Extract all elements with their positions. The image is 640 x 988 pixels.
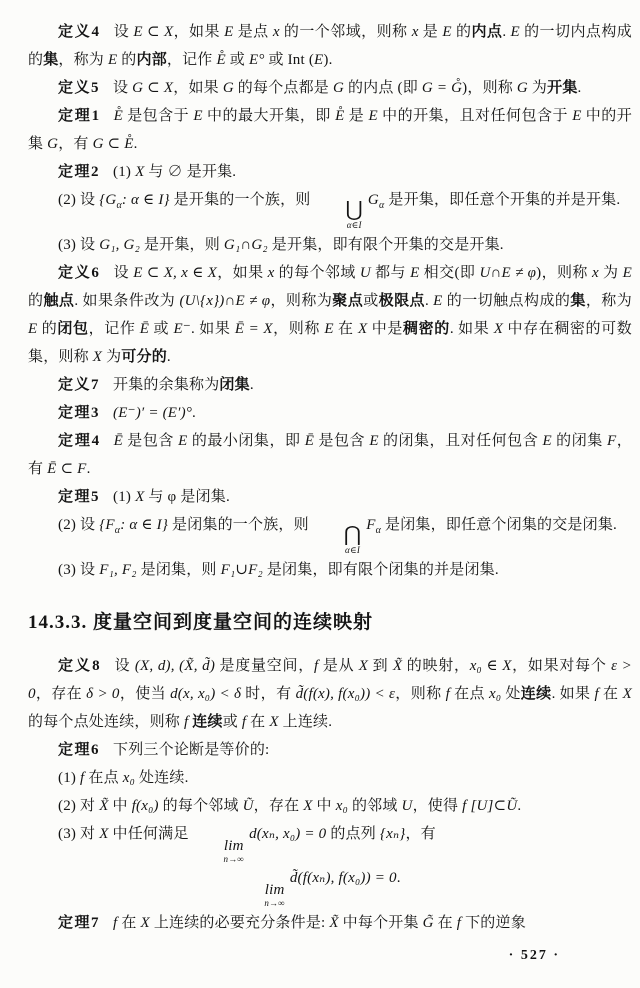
text-run: 设 — [113, 265, 133, 281]
math-run: G = G̊ — [422, 80, 462, 96]
text-run: 时，有 — [241, 686, 295, 702]
math-run: G — [223, 80, 234, 96]
text-run: (2) 设 — [58, 517, 99, 533]
math-run: X — [269, 714, 278, 730]
big-operator: limn→∞ — [194, 839, 245, 865]
text-run: . — [134, 136, 138, 152]
math-run: X — [358, 321, 367, 337]
text-run: 是开集，即任意个开集的并是开集. — [384, 192, 620, 208]
definition-8: 定义8设 (X, d), (X̃, d̃) 是度量空间，f 是从 X 到 X̃ … — [28, 652, 632, 736]
text-run: (3) 设 — [58, 237, 99, 253]
bold-term: 定理2 — [58, 164, 100, 180]
math-run: G — [368, 192, 379, 208]
text-run: ，称为 — [58, 52, 108, 68]
bold-term: 定义5 — [58, 80, 100, 96]
text-run: . — [425, 293, 433, 309]
text-run: ，存在 — [254, 798, 304, 814]
math-run: X̃ — [99, 798, 108, 814]
text-run: (3) 设 — [58, 562, 99, 578]
text-run: 中的开集，且对任何包含于 — [378, 108, 572, 124]
operator-subscript: α∈I — [317, 220, 362, 231]
math-run: E — [543, 433, 552, 449]
bold-term: 定理5 — [58, 489, 100, 505]
math-run: X — [494, 321, 503, 337]
math-run: G ⊂ E̊ — [93, 136, 134, 152]
text-run: 为 — [102, 349, 121, 365]
text-run: 相交(即 — [420, 265, 480, 281]
math-run: (E⁻)′ = (E′)° — [113, 405, 192, 421]
bold-term: 集 — [43, 52, 58, 68]
bold-term: 开集 — [547, 80, 577, 96]
bold-term: 连续 — [192, 714, 222, 730]
bold-term: 闭集 — [219, 377, 249, 393]
math-run: E ⊂ X, x ∈ X — [133, 265, 217, 281]
text-run: (3) 对 — [58, 826, 99, 842]
math-run: E — [442, 24, 451, 40]
text-run: 是闭集，即有限个闭集的并是闭集. — [263, 562, 499, 578]
math-run: d̃(f(x), f(x₀)) < ε — [296, 686, 396, 702]
text-run: 的 — [37, 321, 57, 337]
operator-symbol: lim — [265, 883, 285, 898]
math-run: {xₙ} — [380, 826, 406, 842]
theorem-1: 定理1E̊ 是包含于 E 中的最大开集，即 E̊ 是 E 中的开集，且对任何包含… — [28, 102, 632, 158]
text-run: 中任何满足 — [109, 826, 189, 842]
math-run: E — [224, 24, 233, 40]
math-run: x₀ — [336, 798, 348, 814]
text-run: 的每个点都是 — [234, 80, 333, 96]
text-run: ，如果 — [217, 265, 268, 281]
text-run: 的 — [28, 293, 43, 309]
theorem-5-item-3: (3) 设 F₁, F₂ 是闭集，则 F₁∪F₂ 是闭集，即有限个闭集的并是闭集… — [28, 556, 632, 584]
math-run: X — [141, 915, 150, 931]
text-run: ，记作 — [89, 321, 140, 337]
text-run: 的内点 (即 — [344, 80, 422, 96]
math-run: E — [314, 52, 323, 68]
math-run: Ē — [305, 433, 314, 449]
text-run: 在 — [434, 915, 457, 931]
math-run: Ē — [140, 321, 149, 337]
text-run: 的每个邻域 — [275, 265, 360, 281]
text-run: 是包含 — [314, 433, 369, 449]
operator-symbol: ⋃ — [315, 199, 362, 220]
theorem-7: 定理7f 在 X 上连续的必要充分条件是: X̃ 中每个开集 G̃ 在 f 下的… — [28, 909, 632, 937]
bold-term: 定义7 — [58, 377, 100, 393]
math-run: E — [368, 108, 377, 124]
math-run: Ē ⊂ F — [47, 461, 86, 477]
text-run: 是闭集，即任意个闭集的交是闭集. — [381, 517, 617, 533]
text-run: 或 — [149, 321, 173, 337]
definition-7: 定义7开集的余集称为闭集. — [28, 371, 632, 399]
math-run: x — [592, 265, 599, 281]
text-run: 或 — [363, 293, 378, 309]
text-run: 在 — [117, 915, 140, 931]
math-run: X — [303, 798, 312, 814]
text-run: 是闭集，则 — [137, 562, 221, 578]
math-run: E — [324, 321, 333, 337]
text-run: . — [397, 870, 401, 886]
math-run: E̊ — [114, 108, 123, 124]
math-run: E⁻ — [174, 321, 191, 337]
math-run: (X, d), (X̃, d̃) — [135, 658, 215, 674]
text-run: (1) — [113, 489, 135, 505]
text-run: 到 — [368, 658, 393, 674]
text-run: ，如果 — [173, 24, 224, 40]
big-operator: limn→∞ — [264, 883, 285, 909]
text-run: 下列三个论断是等价的: — [113, 742, 269, 758]
text-run: 中 — [313, 798, 336, 814]
math-run: E — [572, 108, 581, 124]
text-run: . 如果 — [552, 686, 595, 702]
math-run: x₀ ∈ X — [470, 658, 512, 674]
math-run: d(x, x₀) < δ — [170, 686, 241, 702]
text-run: 的 — [117, 52, 136, 68]
bold-term: 定义6 — [58, 265, 100, 281]
bold-term: 定理3 — [58, 405, 100, 421]
formula-limit: limn→∞d̃(f(xₙ), f(x₀)) = 0. — [28, 864, 632, 909]
text-run: 是 — [419, 24, 443, 40]
math-run: X̃ — [393, 658, 402, 674]
text-run: ，记作 — [167, 52, 217, 68]
math-run: E — [28, 321, 37, 337]
text-run: 的邻域 — [348, 798, 402, 814]
operator-symbol: ⋂ — [314, 524, 361, 545]
math-run: X — [623, 686, 632, 702]
theorem-2-item-2: (2) 设 {Gα: α ∈ I} 是开集的一个族，则⋃α∈IGα 是开集，即任… — [28, 186, 632, 231]
text-run: 在 — [599, 686, 623, 702]
bold-term: 闭包 — [57, 321, 88, 337]
theorem-5-item-2: (2) 设 {Fα: α ∈ I} 是闭集的一个族，则⋂α∈IFα 是闭集，即任… — [28, 511, 632, 556]
text-run: 在点 — [84, 770, 122, 786]
text-run: 与 ∅ 是开集. — [144, 164, 236, 180]
text-run: 在 — [334, 321, 358, 337]
math-run: δ > 0 — [86, 686, 119, 702]
text-run: 是从 — [318, 658, 358, 674]
theorem-5-item-1: 定理5(1) X 与 φ 是闭集. — [28, 483, 632, 511]
text-run: 或 — [223, 714, 242, 730]
math-run: x₀ — [123, 770, 135, 786]
text-run: ，称为 — [586, 293, 632, 309]
text-run: 中的最大开集，即 — [203, 108, 335, 124]
bold-term: 可分的 — [121, 349, 167, 365]
operator-subscript: α∈I — [315, 545, 360, 556]
math-run: E — [511, 24, 520, 40]
text-run: )，则称 — [536, 265, 592, 281]
text-run: ，使当 — [120, 686, 170, 702]
math-run: E — [369, 433, 378, 449]
text-run: 是包含于 — [123, 108, 193, 124]
bold-term: 连续 — [521, 686, 552, 702]
text-run: 中每个开集 — [339, 915, 423, 931]
math-run: X — [99, 826, 108, 842]
operator-subscript: n→∞ — [264, 898, 285, 909]
text-run: 开集的余集称为 — [113, 377, 219, 393]
text-run: . — [192, 405, 196, 421]
math-run: G ⊂ X — [132, 80, 173, 96]
math-run: F₁∪F₂ — [221, 562, 263, 578]
math-run: U∩E ≠ φ — [479, 265, 536, 281]
math-run: E — [410, 265, 419, 281]
bold-term: 内点 — [471, 24, 502, 40]
definition-5: 定义5设 G ⊂ X，如果 G 的每个点都是 G 的内点 (即 G = G̊)，… — [28, 74, 632, 102]
math-run: (U\{x})∩E ≠ φ — [179, 293, 270, 309]
math-run: f [U]⊂Ũ — [462, 798, 517, 814]
math-run: F₁, F₂ — [99, 562, 136, 578]
text-run: 处连续. — [135, 770, 189, 786]
text-run: (1) — [113, 164, 135, 180]
text-run: . — [167, 349, 171, 365]
text-run: ，则称 — [273, 321, 325, 337]
theorem-6-item-2: (2) 对 X̃ 中 f(x₀) 的每个邻域 Ũ，存在 X 中 x₀ 的邻域 U… — [28, 792, 632, 820]
text-run: 在 — [246, 714, 269, 730]
text-run: 的一个邻域，则称 — [280, 24, 412, 40]
math-run: E — [108, 52, 117, 68]
text-run: 是闭集的一个族，则 — [168, 517, 309, 533]
text-run: 的映射， — [402, 658, 469, 674]
math-run: U — [402, 798, 413, 814]
text-run: 与 φ 是闭集. — [144, 489, 229, 505]
scan-page: 定义4设 E ⊂ X，如果 E 是点 x 的一个邻域，则称 x 是 E 的内点.… — [0, 0, 640, 988]
text-run: 是点 — [234, 24, 273, 40]
text-run: 下的逆象 — [461, 915, 526, 931]
text-run: 是度量空间， — [215, 658, 314, 674]
text-run: 是 — [345, 108, 369, 124]
text-run: (2) 对 — [58, 798, 99, 814]
text-run: . — [517, 798, 521, 814]
text-run: 上连续的必要充分条件是: — [150, 915, 329, 931]
text-run: 设 — [114, 24, 134, 40]
text-run: 的最小闭集，即 — [188, 433, 305, 449]
theorem-3: 定理3(E⁻)′ = (E′)°. — [28, 399, 632, 427]
math-run: G̃ — [423, 915, 434, 931]
math-run: E — [193, 108, 202, 124]
math-run: d̃(f(xₙ), f(x₀)) = 0 — [290, 870, 397, 886]
math-run: Ũ — [243, 798, 254, 814]
bold-term: 定义8 — [58, 658, 101, 674]
math-run: E̊ — [335, 108, 344, 124]
text-run: ). — [323, 52, 332, 68]
theorem-6: 定理6下列三个论断是等价的: — [28, 736, 632, 764]
text-run: 设 — [113, 80, 132, 96]
text-run: 或 Int ( — [265, 52, 315, 68]
text-run: 是开集，则 — [140, 237, 224, 253]
text-run: (1) — [58, 770, 80, 786]
math-run: x — [412, 24, 419, 40]
math-run: X̃ — [329, 915, 338, 931]
math-run: Ē — [114, 433, 123, 449]
text-run: ，有 — [58, 136, 92, 152]
math-run: E — [433, 293, 442, 309]
text-run: 设 — [114, 658, 135, 674]
bold-term: 定理1 — [58, 108, 101, 124]
text-run: (2) 设 — [58, 192, 99, 208]
bold-term: 稠密的 — [403, 321, 450, 337]
bold-term: 极限点 — [379, 293, 425, 309]
text-run: ，则称为 — [270, 293, 332, 309]
text-run: 的闭集 — [552, 433, 607, 449]
page-number: · 527 · — [509, 948, 560, 964]
text-run: . 如果条件改为 — [74, 293, 179, 309]
math-run: X — [93, 349, 102, 365]
math-run: : α ∈ I} — [120, 517, 168, 533]
text-run: 为 — [528, 80, 547, 96]
bold-term: 聚点 — [332, 293, 363, 309]
bold-term: 触点 — [43, 293, 74, 309]
text-run: )，则称 — [462, 80, 517, 96]
bold-term: 内部 — [137, 52, 167, 68]
text-run: 中 — [109, 798, 132, 814]
text-run: ，如果 — [173, 80, 223, 96]
text-run: 为 — [599, 265, 623, 281]
text-run: . 如果 — [191, 321, 235, 337]
text-run: 处 — [501, 686, 521, 702]
big-operator: ⋃α∈I — [315, 199, 362, 231]
text-run: . — [502, 24, 510, 40]
text-run: ，存在 — [36, 686, 86, 702]
math-run: G₁∩G₂ — [224, 237, 268, 253]
math-run: G — [47, 136, 58, 152]
math-run: d(xₙ, x₀) = 0 — [249, 826, 326, 842]
math-run: : α ∈ I} — [122, 192, 170, 208]
text-run: ，如果对每个 — [512, 658, 611, 674]
section-heading: 14.3.3. 度量空间到度量空间的连续映射 — [28, 610, 632, 636]
text-run: 的每个邻域 — [159, 798, 243, 814]
text-run: 的点列 — [326, 826, 380, 842]
bold-term: 定理6 — [58, 742, 100, 758]
math-run: x — [268, 265, 275, 281]
text-run: . 如果 — [450, 321, 494, 337]
text-run: ，有 — [405, 826, 435, 842]
bold-term: 定义4 — [58, 24, 101, 40]
text-run: 的闭集，且对任何包含 — [379, 433, 543, 449]
text-run: . — [578, 80, 582, 96]
definition-4: 定义4设 E ⊂ X，如果 E 是点 x 的一个邻域，则称 x 是 E 的内点.… — [28, 18, 632, 74]
text-run: 在点 — [450, 686, 489, 702]
math-run: {G — [99, 192, 116, 208]
text-run: 的 — [452, 24, 472, 40]
theorem-4: 定理4Ē 是包含 E 的最小闭集，即 Ē 是包含 E 的闭集，且对任何包含 E … — [28, 427, 632, 483]
bold-term: 定理7 — [58, 915, 100, 931]
math-run: x₀ — [489, 686, 501, 702]
text-run: 是开集的一个族，则 — [170, 192, 311, 208]
math-run: G — [333, 80, 344, 96]
text-run: . — [250, 377, 254, 393]
text-run: 的每个点处连续，则称 — [28, 714, 184, 730]
text-run: 或 — [226, 52, 249, 68]
operator-subscript: n→∞ — [194, 854, 245, 865]
math-run: x — [273, 24, 280, 40]
math-run: F — [366, 517, 375, 533]
math-run: E ⊂ X — [133, 24, 173, 40]
definition-6: 定义6设 E ⊂ X, x ∈ X，如果 x 的每个邻域 U 都与 E 相交(即… — [28, 259, 632, 371]
math-run: f(x₀) — [132, 798, 159, 814]
operator-symbol: lim — [194, 839, 244, 854]
text-run: 都与 — [371, 265, 410, 281]
text-run: ，则称 — [395, 686, 445, 702]
text-run: 的一切触点构成的 — [443, 293, 571, 309]
theorem-2-item-3: (3) 设 G₁, G₂ 是开集，则 G₁∩G₂ 是开集，即有限个开集的交是开集… — [28, 231, 632, 259]
math-run: G₁, G₂ — [99, 237, 140, 253]
text-run: 上连续. — [279, 714, 333, 730]
text-run: . — [87, 461, 91, 477]
math-run: U — [360, 265, 371, 281]
bold-term: 定理4 — [58, 433, 101, 449]
theorem-6-item-3: (3) 对 X 中任何满足limn→∞d(xₙ, x₀) = 0 的点列 {xₙ… — [28, 820, 632, 865]
text-run: 是包含 — [123, 433, 178, 449]
math-run: G — [517, 80, 528, 96]
math-run: {F — [99, 517, 115, 533]
page-content: 定义4设 E ⊂ X，如果 E 是点 x 的一个邻域，则称 x 是 E 的内点.… — [28, 18, 632, 937]
theorem-6-item-1: (1) f 在点 x₀ 处连续. — [28, 764, 632, 792]
math-run: Ē = X — [235, 321, 273, 337]
text-run: 是开集，即有限个开集的交是开集. — [268, 237, 504, 253]
math-run: E — [623, 265, 632, 281]
math-run: E° — [249, 52, 265, 68]
theorem-2-item-1: 定理2(1) X 与 ∅ 是开集. — [28, 158, 632, 186]
big-operator: ⋂α∈I — [314, 524, 361, 556]
math-run: E̊ — [216, 52, 225, 68]
math-run: X — [359, 658, 368, 674]
math-run: E — [178, 433, 187, 449]
bold-term: 集 — [570, 293, 585, 309]
text-run: 中是 — [367, 321, 403, 337]
text-run: ，使得 — [413, 798, 463, 814]
